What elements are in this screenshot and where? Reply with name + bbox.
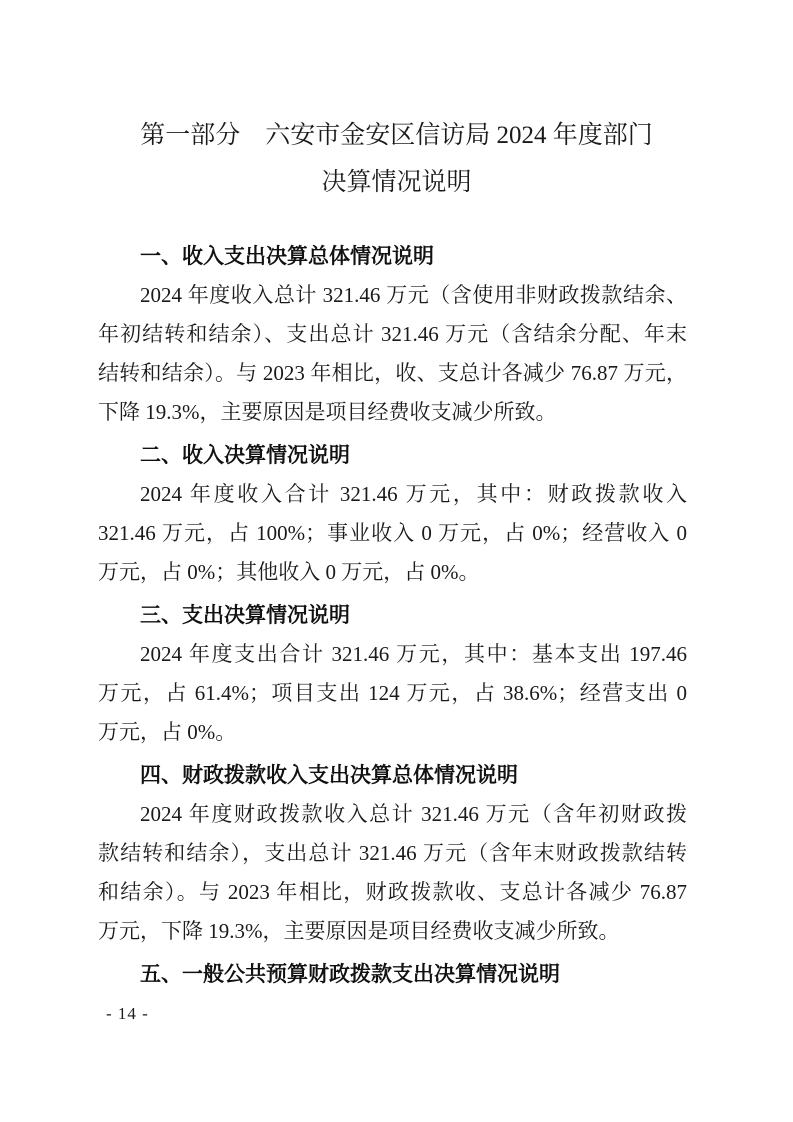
paragraph-line: 年初结转和结余）、支出总计 321.46 万元（含结余分配、年末 bbox=[98, 315, 687, 354]
paragraph-line: 2024 年度收入总计 321.46 万元（含使用非财政拨款结余、 bbox=[98, 276, 687, 315]
document-title: 第一部分 六安市金安区信访局 2024 年度部门 决算情况说明 bbox=[0, 112, 793, 206]
document-content: 一、收入支出决算总体情况说明2024 年度收入总计 321.46 万元（含使用非… bbox=[98, 237, 687, 994]
document-page: 第一部分 六安市金安区信访局 2024 年度部门 决算情况说明 一、收入支出决算… bbox=[0, 0, 793, 1122]
paragraph-line: 万元，占 0%；其他收入 0 万元，占 0%。 bbox=[98, 553, 687, 592]
paragraph-line: 下降 19.3%，主要原因是项目经费收支减少所致。 bbox=[98, 393, 687, 432]
document-title-line-2: 决算情况说明 bbox=[0, 159, 793, 206]
paragraph-line: 2024 年度财政拨款收入总计 321.46 万元（含年初财政拨 bbox=[98, 795, 687, 834]
paragraph-line: 2024 年度支出合计 321.46 万元，其中：基本支出 197.46 bbox=[98, 635, 687, 674]
paragraph-line: 321.46 万元，占 100%；事业收入 0 万元，占 0%；经营收入 0 bbox=[98, 514, 687, 553]
section-heading: 三、支出决算情况说明 bbox=[98, 596, 687, 635]
paragraph-line: 结转和结余）。与 2023 年相比，收、支总计各减少 76.87 万元， bbox=[98, 354, 687, 393]
paragraph-line: 和结余）。与 2023 年相比，财政拨款收、支总计各减少 76.87 bbox=[98, 873, 687, 912]
paragraph-line: 万元，占 61.4%；项目支出 124 万元，占 38.6%；经营支出 0 bbox=[98, 674, 687, 713]
paragraph-line: 2024 年度收入合计 321.46 万元，其中：财政拨款收入 bbox=[98, 475, 687, 514]
document-title-line-1: 第一部分 六安市金安区信访局 2024 年度部门 bbox=[0, 112, 793, 159]
section-heading: 一、收入支出决算总体情况说明 bbox=[98, 237, 687, 276]
paragraph-line: 万元，下降 19.3%，主要原因是项目经费收支减少所致。 bbox=[98, 912, 687, 951]
section-heading: 四、财政拨款收入支出决算总体情况说明 bbox=[98, 756, 687, 795]
page-number: - 14 - bbox=[106, 1003, 149, 1025]
section-heading: 二、收入决算情况说明 bbox=[98, 436, 687, 475]
paragraph-line: 万元，占 0%。 bbox=[98, 713, 687, 752]
paragraph-line: 款结转和结余），支出总计 321.46 万元（含年末财政拨款结转 bbox=[98, 834, 687, 873]
section-heading: 五、一般公共预算财政拨款支出决算情况说明 bbox=[98, 955, 687, 994]
